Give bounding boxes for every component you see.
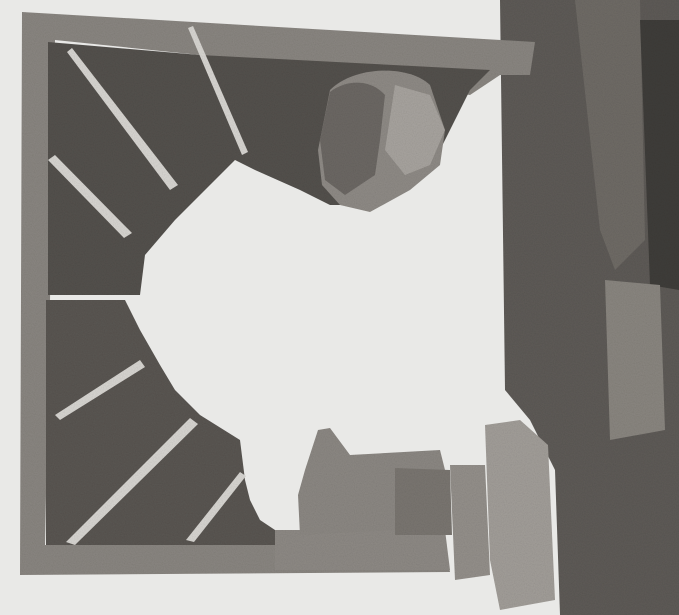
relief-photograph [0,0,679,615]
